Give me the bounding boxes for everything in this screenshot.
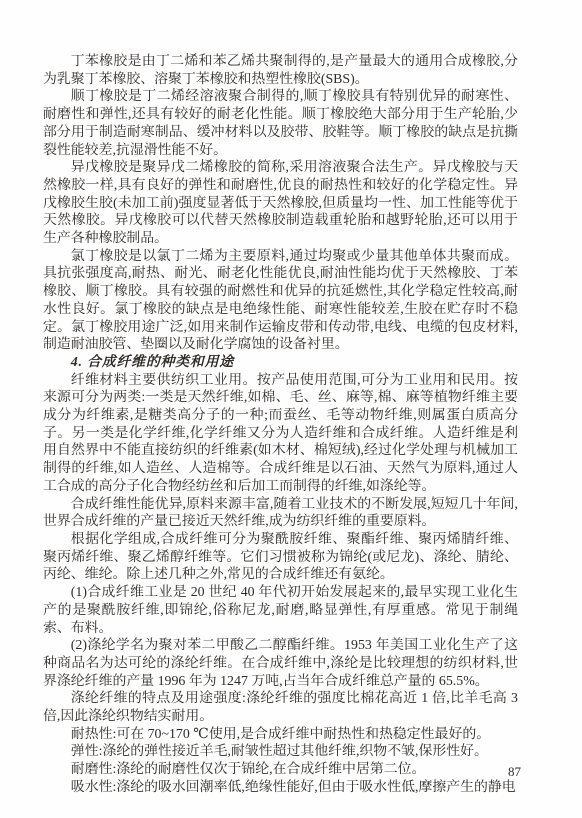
paragraph-14: 耐磨性:涤纶的耐磨性仅次于锦纶,在合成纤维中居第二位。 — [43, 761, 518, 779]
section-heading: 4. 合成纤维的种类和用途 — [43, 354, 518, 372]
document-page: 丁苯橡胶是由丁二烯和苯乙烯共聚制得的,是产量最大的通用合成橡胶,分为乳聚丁苯橡胶… — [0, 0, 582, 818]
paragraph-3: 异戊橡胶是聚异戊二烯橡胶的简称,采用溶液聚合法生产。异戊橡胶与天然橡胶一样,具有… — [43, 159, 518, 248]
paragraph-9: (1)合成纤维工业是 20 世纪 40 年代初开始发展起来的,最早实现工业化生产… — [43, 584, 518, 637]
paragraph-13: 弹性:涤纶的弹性接近羊毛,耐皱性超过其他纤维,织物不皱,保形性好。 — [43, 743, 518, 761]
paragraph-10: (2)涤纶学名为聚对苯二甲酸乙二醇酯纤维。1953 年美国工业化生产了这种商品名… — [43, 637, 518, 690]
paragraph-2: 顺丁橡胶是丁二烯经溶液聚合制得的,顺丁橡胶具有特别优异的耐寒性、耐磨性和弹性,还… — [43, 88, 518, 159]
paragraph-1: 丁苯橡胶是由丁二烯和苯乙烯共聚制得的,是产量最大的通用合成橡胶,分为乳聚丁苯橡胶… — [43, 53, 518, 88]
paragraph-15: 吸水性:涤纶的吸水回潮率低,绝缘性能好,但由于吸水性低,摩擦产生的静电 — [43, 779, 518, 797]
paragraph-6: 纤维材料主要供纺织工业用。按产品使用范围,可分为工业用和民用。按来源可分为两类:… — [43, 372, 518, 496]
paragraph-12: 耐热性:可在 70~170 ℃使用,是合成纤维中耐热性和热稳定性最好的。 — [43, 726, 518, 744]
paragraph-7: 合成纤维性能优异,原料来源丰富,随着工业技术的不断发展,短短几十年间,世界合成纤… — [43, 496, 518, 531]
paragraph-8: 根据化学组成,合成纤维可分为聚酰胺纤维、聚酯纤维、聚丙烯腈纤维、聚丙烯纤维、聚乙… — [43, 531, 518, 584]
document-body: 丁苯橡胶是由丁二烯和苯乙烯共聚制得的,是产量最大的通用合成橡胶,分为乳聚丁苯橡胶… — [43, 53, 518, 797]
paragraph-11: 涤纶纤维的特点及用途强度:涤纶纤维的强度比棉花高近 1 倍,比羊毛高 3 倍,因… — [43, 690, 518, 725]
paragraph-4: 氯丁橡胶是以氯丁二烯为主要原料,通过均聚或少量其他单体共聚而成。具抗张强度高,耐… — [43, 248, 518, 354]
page-number: 87 — [508, 764, 521, 780]
